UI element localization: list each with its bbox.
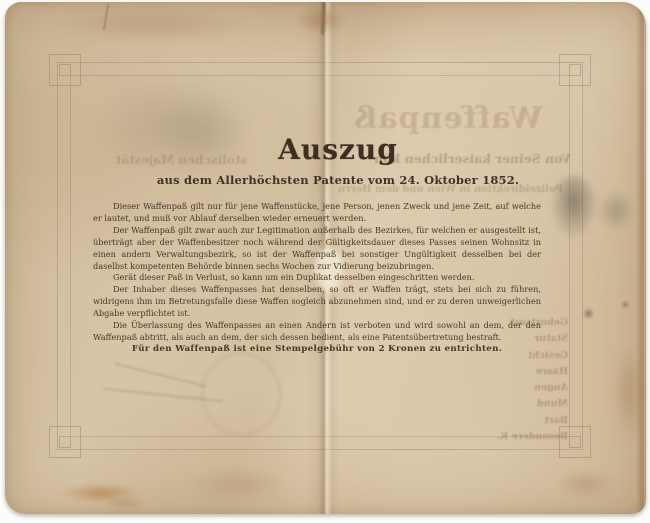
ink-spot xyxy=(583,308,594,319)
frame-corner-ornament xyxy=(49,426,81,458)
frame-corner-knob xyxy=(59,64,71,76)
paragraph: Dieser Waffenpaß gilt nur für jene Waffe… xyxy=(93,201,541,225)
fee-notice: Für den Waffenpaß ist eine Stempelgebühr… xyxy=(93,344,541,354)
frame-corner-ornament xyxy=(559,426,591,458)
stain xyxy=(63,484,139,502)
stain xyxy=(621,300,630,309)
stain xyxy=(60,8,250,40)
page-title: Auszug xyxy=(213,133,463,166)
paper-right-edge-shadow xyxy=(636,2,644,514)
scan-background: { "document": { "title": "Auszug", "subt… xyxy=(0,0,650,523)
paragraph: Gerät dieser Paß in Verlust, so kann um … xyxy=(93,272,541,284)
paper-tear xyxy=(103,4,109,30)
frame-corner-ornament xyxy=(559,54,591,86)
page-subtitle: aus dem Allerhöchsten Patente vom 24. Ok… xyxy=(138,173,538,187)
frame-corner-knob xyxy=(59,436,71,448)
frame-corner-ornament xyxy=(49,54,81,86)
document-page: Waffenpaß Von Seiner kaiserlichen kön st… xyxy=(5,2,646,514)
fingerprint-smudge xyxy=(597,190,635,232)
paragraph: Der Waffenpaß gilt zwar auch zur Legitim… xyxy=(93,225,541,273)
body-text: Dieser Waffenpaß gilt nur für jene Waffe… xyxy=(93,201,541,344)
stain xyxy=(103,498,147,509)
frame-corner-knob xyxy=(569,64,581,76)
frame-corner-knob xyxy=(569,436,581,448)
paragraph: Die Überlassung des Waffenpasses an eine… xyxy=(93,320,541,344)
stain xyxy=(190,470,286,498)
stain xyxy=(557,470,613,498)
paragraph: Der Inhaber dieses Waffenpasses hat dens… xyxy=(93,284,541,320)
